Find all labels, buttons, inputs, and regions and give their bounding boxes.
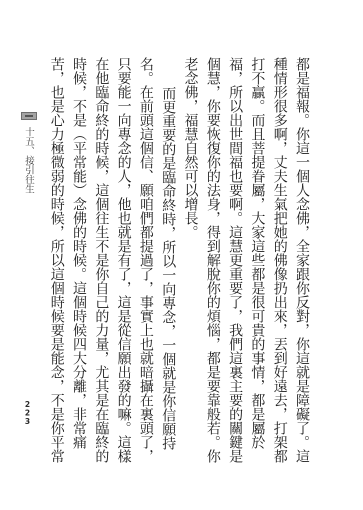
page-number: 223 xyxy=(22,400,32,426)
text-column-12: 苦，也是心力極微弱的時候，所以這個時候要是能念，不是你平常 xyxy=(45,57,67,469)
text-column-11: 時候，不是（平常能）念佛的時候。這個時候四大分離，非常痛 xyxy=(68,57,90,469)
text-column-4: 福，所以出世間福也要啊。這慧更重要了，我們這裏主要的關鍵是 xyxy=(224,57,246,469)
text-column-5: 個慧，你要恢復你的法身，得到解脫你的煩惱，都是要靠般若。你 xyxy=(202,57,224,469)
text-column-8: 名。在前頭這個信、願咱們都提過了，事實上也就暗攝在裏頭了， xyxy=(135,57,157,469)
text-column-1: 都是福報。你這一個人念佛，全家跟你反對，你這就是障礙了。這 xyxy=(291,57,313,469)
body-text: 都是福報。你這一個人念佛，全家跟你反對，你這就是障礙了。這 種情形很多啊，丈夫生… xyxy=(45,57,313,469)
text-column-6: 老念佛，福慧自然可以增長。 xyxy=(179,57,201,469)
book-series-logo-icon xyxy=(21,112,37,120)
text-column-9: 只要能一向專念的人，他也就是有了，這是從信願出發的嘛。這樣 xyxy=(112,57,134,469)
text-column-10: 在他臨命終的時候，這個往生不是你自己的力量，尤其是在臨終的 xyxy=(90,57,112,469)
text-column-3: 打不贏。而且菩提眷屬，大家這些都是很可貴的事情，都是屬於 xyxy=(246,57,268,469)
text-column-7-paragraph-start: 而更重要的是臨命終時，所以一向專念，一個就是你信願持 xyxy=(157,57,179,469)
book-page: 都是福報。你這一個人念佛，全家跟你反對，你這就是障礙了。這 種情形很多啊，丈夫生… xyxy=(0,0,363,510)
text-column-2: 種情形很多啊，丈夫生氣把她的佛像扔出來，丟到好遠去，打架都 xyxy=(268,57,290,469)
running-header: 十五、接引往生 xyxy=(22,127,34,194)
